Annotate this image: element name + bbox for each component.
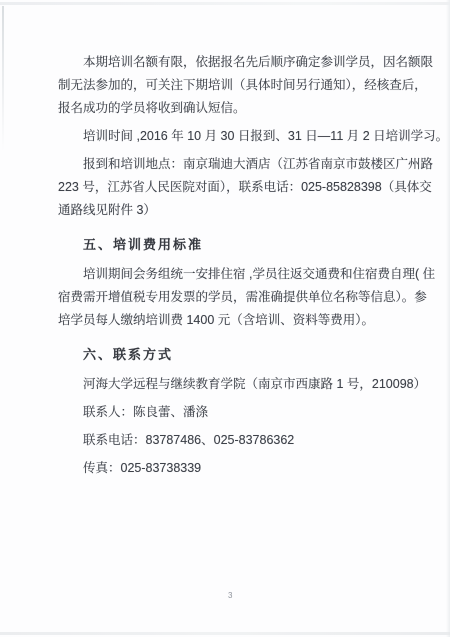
scan-edge-left	[2, 6, 4, 151]
text-line: 联系人：陈良蕾、潘涤	[58, 401, 420, 424]
text-line: 河海大学远程与继续教育学院（南京市西康路 1 号，210098）	[58, 373, 420, 396]
text-line: 培训期间会务组统一安排住宿 ,学员往返交通费和住宿费自理( 住	[58, 263, 420, 286]
section-heading-fee-standard: 五、培训费用标准	[58, 233, 420, 256]
text-line: 传真：025-83738339	[58, 457, 420, 480]
scan-edge-top	[0, 2, 450, 5]
text-line: 培训时间 ,2016 年 10 月 30 日报到、31 日—11 月 2 日培训…	[58, 125, 420, 148]
contact-person-paragraph: 联系人：陈良蕾、潘涤	[58, 401, 420, 424]
text-line: 宿费需开增值税专用发票的学员，需准确提供单位名称等信息）。参	[58, 286, 420, 309]
training-time-paragraph: 培训时间 ,2016 年 10 月 30 日报到、31 日—11 月 2 日培训…	[58, 125, 420, 148]
document-body: 本期培训名额有限，依据报名先后顺序确定参训学员，因名额限 制无法参加的，可关注下…	[58, 51, 420, 485]
scanned-document-page: 本期培训名额有限，依据报名先后顺序确定参训学员，因名额限 制无法参加的，可关注下…	[0, 0, 450, 637]
contact-phone-paragraph: 联系电话：83787486、025-83786362	[58, 429, 420, 452]
training-location-paragraph: 报到和培训地点：南京瑞迪大酒店（江苏省南京市鼓楼区广州路 223 号，江苏省人民…	[58, 153, 420, 222]
text-line: 本期培训名额有限，依据报名先后顺序确定参训学员，因名额限	[58, 51, 420, 74]
section-heading-contact-info: 六、联系方式	[58, 343, 420, 366]
fee-paragraph: 培训期间会务组统一安排住宿 ,学员往返交通费和住宿费自理( 住 宿费需开增值税专…	[58, 263, 420, 332]
fax-paragraph: 传真：025-83738339	[58, 457, 420, 480]
text-line: 联系电话：83787486、025-83786362	[58, 429, 420, 452]
text-line: 通路线见附件 3）	[58, 199, 420, 222]
quota-paragraph: 本期培训名额有限，依据报名先后顺序确定参训学员，因名额限 制无法参加的，可关注下…	[58, 51, 420, 120]
text-line: 223 号，江苏省人民医院对面），联系电话：025-85828398（具体交	[58, 176, 420, 199]
page-number: 3	[228, 591, 232, 600]
organizer-paragraph: 河海大学远程与继续教育学院（南京市西康路 1 号，210098）	[58, 373, 420, 396]
text-line: 报到和培训地点：南京瑞迪大酒店（江苏省南京市鼓楼区广州路	[58, 153, 420, 176]
text-line: 报名成功的学员将收到确认短信。	[58, 97, 420, 120]
scan-edge-bottom	[0, 632, 450, 635]
scan-edge-right	[446, 0, 450, 637]
text-line: 制无法参加的，可关注下期培训（具体时间另行通知），经核查后，	[58, 74, 420, 97]
text-line: 培学员每人缴纳培训费 1400 元（含培训、资料等费用）。	[58, 309, 420, 332]
